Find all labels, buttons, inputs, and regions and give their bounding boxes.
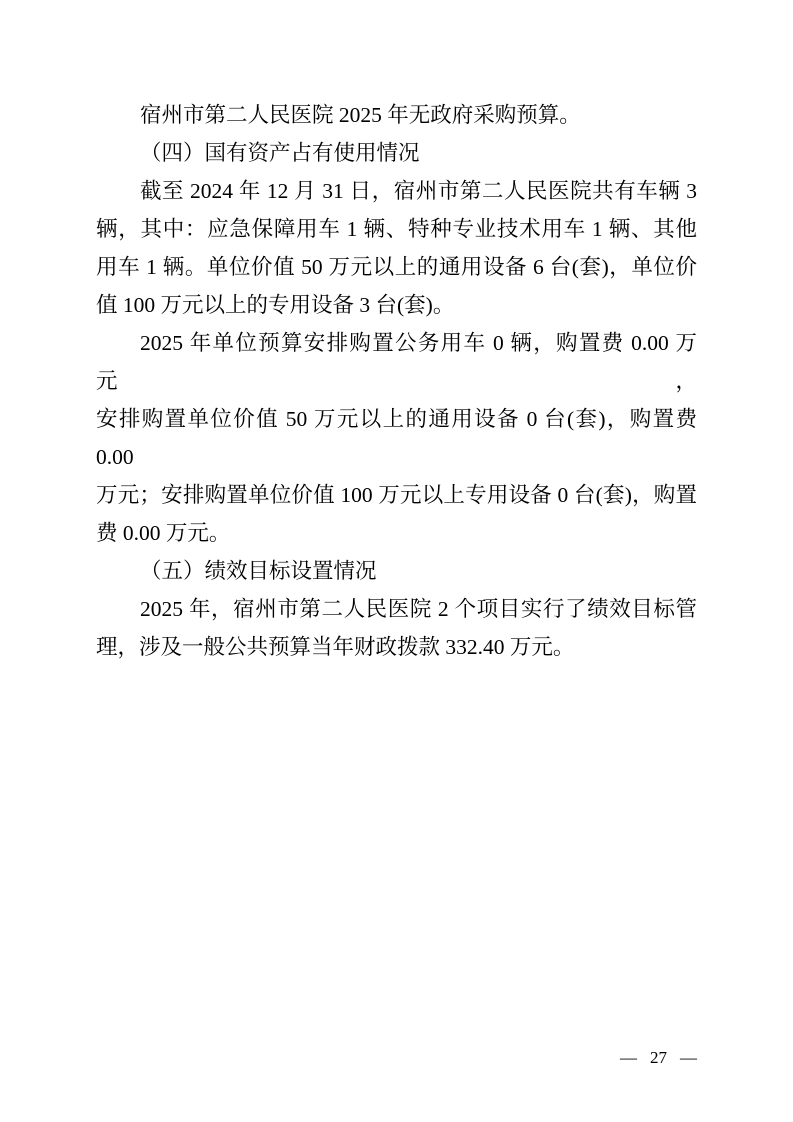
paragraph-line: 2025 年，宿州市第二人民医院 2 个项目实行了绩效目标管 bbox=[96, 590, 697, 628]
paragraph-line: 值 100 万元以上的专用设备 3 台(套)。 bbox=[96, 286, 697, 324]
paragraph-line: 费 0.00 万元。 bbox=[96, 514, 697, 552]
page-number-dash-right: — bbox=[680, 1046, 697, 1070]
paragraph-line: 截至 2024 年 12 月 31 日，宿州市第二人民医院共有车辆 3 bbox=[96, 172, 697, 210]
page-number: 27 bbox=[650, 1046, 667, 1070]
paragraph-line: 安排购置单位价值 50 万元以上的通用设备 0 台(套)，购置费 0.00 bbox=[96, 400, 697, 476]
document-page: 宿州市第二人民医院 2025 年无政府采购预算。 （四）国有资产占有使用情况 截… bbox=[0, 0, 793, 1122]
page-footer: — 27 — bbox=[620, 1046, 697, 1070]
section-heading: （五）绩效目标设置情况 bbox=[96, 552, 697, 590]
paragraph-line: 宿州市第二人民医院 2025 年无政府采购预算。 bbox=[96, 96, 697, 134]
page-number-dash-left: — bbox=[620, 1046, 637, 1070]
document-body: 宿州市第二人民医院 2025 年无政府采购预算。 （四）国有资产占有使用情况 截… bbox=[96, 96, 697, 666]
paragraph-line: 2025 年单位预算安排购置公务用车 0 辆，购置费 0.00 万元， bbox=[96, 324, 697, 400]
section-heading: （四）国有资产占有使用情况 bbox=[96, 134, 697, 172]
paragraph-line: 理，涉及一般公共预算当年财政拨款 332.40 万元。 bbox=[96, 628, 697, 666]
paragraph-line: 万元；安排购置单位价值 100 万元以上专用设备 0 台(套)，购置 bbox=[96, 476, 697, 514]
paragraph-line: 用车 1 辆。单位价值 50 万元以上的通用设备 6 台(套)，单位价 bbox=[96, 248, 697, 286]
paragraph-line: 辆，其中：应急保障用车 1 辆、特种专业技术用车 1 辆、其他 bbox=[96, 210, 697, 248]
